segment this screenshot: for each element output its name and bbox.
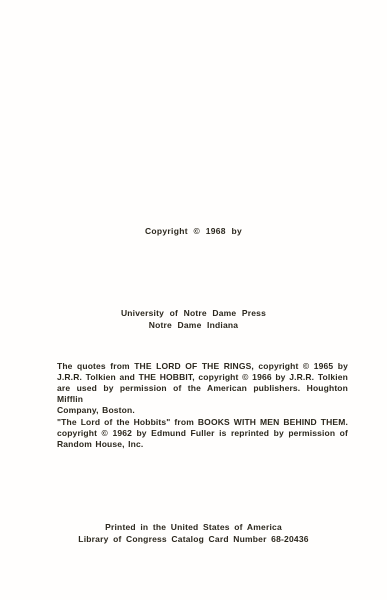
paragraph-line: Company, Boston. xyxy=(57,405,348,416)
publisher-location: Notre Dame Indiana xyxy=(0,319,387,331)
publisher-name: University of Notre Dame Press xyxy=(0,307,387,319)
paragraph-line: The quotes from THE LORD OF THE RINGS, c… xyxy=(57,361,348,372)
publisher-block: University of Notre Dame Press Notre Dam… xyxy=(0,307,387,331)
permissions-paragraph-fuller: "The Lord of the Hobbits" from BOOKS WIT… xyxy=(57,417,348,450)
lccn-line: Library of Congress Catalog Card Number … xyxy=(0,534,387,546)
paragraph-line: "The Lord of the Hobbits" from BOOKS WIT… xyxy=(57,417,348,428)
paragraph-line: Random House, Inc. xyxy=(57,439,348,450)
printed-in-line: Printed in the United States of America xyxy=(0,522,387,534)
book-copyright-page: Copyright © 1968 by University of Notre … xyxy=(0,0,387,600)
paragraph-line: J.R.R. Tolkien and THE HOBBIT, copyright… xyxy=(57,372,348,383)
permissions-paragraph-tolkien: The quotes from THE LORD OF THE RINGS, c… xyxy=(57,361,348,416)
printing-block: Printed in the United States of America … xyxy=(0,522,387,545)
paragraph-line: are used by permission of the American p… xyxy=(57,383,348,405)
copyright-line: Copyright © 1968 by xyxy=(0,226,387,236)
paragraph-line: copyright © 1962 by Edmund Fuller is rep… xyxy=(57,428,348,439)
